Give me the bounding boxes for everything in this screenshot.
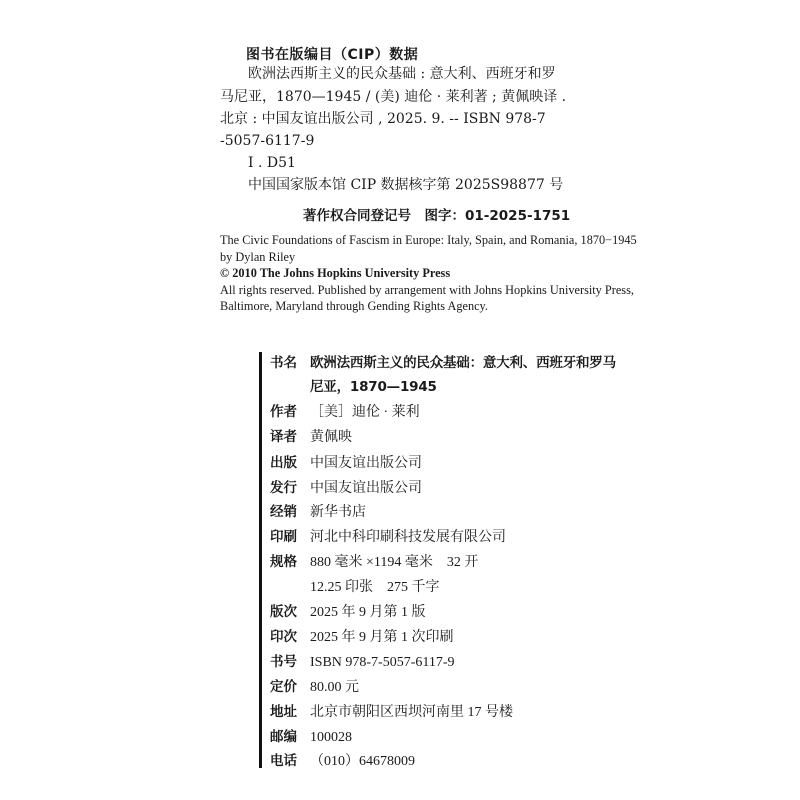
row-label: 电话 [270,749,310,773]
row-value: 12.25 印张 275 千字 [310,580,440,595]
row-value: 880 毫米 ×1194 毫米 32 开 [310,555,478,570]
colophon-row-phone: 电话（010）64678009 [270,749,415,773]
row-label: 规格 [270,550,310,574]
row-label: 定价 [270,675,310,699]
colophon-row-title: 书名欧洲法西斯主义的民众基础：意大利、西班牙和罗马 [270,351,616,375]
row-value: 新华书店 [310,505,366,520]
colophon-row-price: 定价80.00 元 [270,675,359,699]
row-value: （010）64678009 [310,754,415,769]
cip-line: 马尼亚，1870—1945 / (美) 迪伦 · 莱利著 ; 黄佩映译 . [220,86,566,108]
row-value: 黄佩映 [310,430,352,445]
colophon-row-author: 作者［美］迪伦 · 莱利 [270,400,420,424]
row-value: ［美］迪伦 · 莱利 [310,405,420,420]
row-label: 书号 [270,650,310,674]
row-label: 版次 [270,600,310,624]
colophon-row-printing: 印次2025 年 9 月第 1 次印刷 [270,625,454,649]
row-label: 作者 [270,400,310,424]
original-author: by Dylan Riley [220,249,640,266]
row-label: 邮编 [270,725,310,749]
colophon-row-isbn: 书号ISBN 978-7-5057-6117-9 [270,650,455,674]
row-value: 北京市朝阳区西坝河南里 17 号楼 [310,705,513,720]
copyright-notice: The Civic Foundations of Fascism in Euro… [220,232,640,315]
row-label: 经销 [270,500,310,524]
colophon-row-seller: 经销新华书店 [270,500,366,524]
cip-line: 北京 : 中国友谊出版公司 , 2025. 9. -- ISBN 978-7 [220,108,546,130]
colophon-row-edition: 版次2025 年 9 月第 1 版 [270,600,426,624]
cip-line: -5057-6117-9 [220,130,314,152]
row-value: 2025 年 9 月第 1 版 [310,605,426,620]
row-label: 印刷 [270,525,310,549]
row-value: 中国友谊出版公司 [310,481,422,496]
row-label: 译者 [270,425,310,449]
colophon-row-publisher: 出版中国友谊出版公司 [270,451,422,475]
row-label: 发行 [270,476,310,500]
colophon-row-format-cont: 12.25 印张 275 千字 [270,575,440,599]
cip-line: 欧洲法西斯主义的民众基础 : 意大利、西班牙和罗 [248,63,556,85]
colophon-row-printer: 印刷河北中科印刷科技发展有限公司 [270,525,506,549]
row-value: 欧洲法西斯主义的民众基础：意大利、西班牙和罗马 [310,355,616,371]
colophon-row-format: 规格880 毫米 ×1194 毫米 32 开 [270,550,478,574]
row-label: 地址 [270,700,310,724]
rights-line: Baltimore, Maryland through Gending Righ… [220,298,640,315]
row-value: 河北中科印刷科技发展有限公司 [310,530,506,545]
copyright-registration-number: 著作权合同登记号 图字：01-2025-1751 [303,204,570,224]
colophon-row-distributor: 发行中国友谊出版公司 [270,476,422,500]
row-label: 印次 [270,625,310,649]
cip-classification: Ⅰ . D51 [248,152,296,174]
colophon-row-address: 地址北京市朝阳区西坝河南里 17 号楼 [270,700,513,724]
cip-heading: 图书在版编目（CIP）数据 [246,44,418,64]
row-value: 2025 年 9 月第 1 次印刷 [310,630,454,645]
row-value: ISBN 978-7-5057-6117-9 [310,655,455,670]
original-title: The Civic Foundations of Fascism in Euro… [220,232,640,249]
copyright-line: © 2010 The Johns Hopkins University Pres… [220,265,640,282]
rights-line: All rights reserved. Published by arrang… [220,282,640,299]
row-value: 100028 [310,730,352,745]
colophon-row-translator: 译者黄佩映 [270,425,352,449]
row-value: 中国友谊出版公司 [310,456,422,471]
row-value: 尼亚，1870—1945 [310,379,437,395]
row-value: 80.00 元 [310,680,359,695]
colophon-row-postcode: 邮编100028 [270,725,352,749]
cip-record-number: 中国国家版本馆 CIP 数据核字第 2025S98877 号 [248,174,563,196]
colophon-side-bar [259,352,262,768]
row-label: 书名 [270,351,310,375]
row-label: 出版 [270,451,310,475]
colophon-row-title-cont: 尼亚，1870—1945 [270,375,437,399]
